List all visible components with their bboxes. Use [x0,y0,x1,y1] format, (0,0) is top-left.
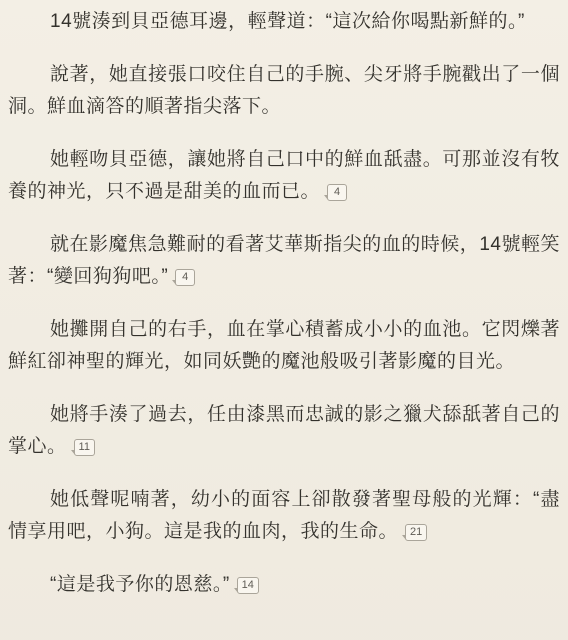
paragraph-text: 她輕吻貝亞德，讓她將自己口中的鮮血舐盡。可那並沒有牧養的神光，只不過是甜美的血而… [8,149,560,202]
paragraph-text: 說著，她直接張口咬住自己的手腕、尖牙將手腕戳出了一個洞。鮮血滴答的順著指尖落下。 [8,64,560,117]
paragraph-text: “這是我予你的恩慈。” [50,574,230,595]
comment-count-badge[interactable]: 4 [327,184,347,201]
paragraph: 她將手湊了過去，任由漆黑而忠誠的影之獵犬舔舐著自己的掌心。11 [8,399,560,463]
paragraph: 就在影魔焦急難耐的看著艾華斯指尖的血的時候，14號輕笑著：“變回狗狗吧。”4 [8,229,560,293]
comment-count-badge[interactable]: 4 [175,269,195,286]
paragraph-text: 就在影魔焦急難耐的看著艾華斯指尖的血的時候，14號輕笑著：“變回狗狗吧。” [8,234,560,287]
paragraph-text: 她攤開自己的右手，血在掌心積蓄成小小的血池。它閃爍著鮮紅卻神聖的輝光，如同妖艷的… [8,319,560,372]
reader-page: 14號湊到貝亞德耳邊，輕聲道：“這次給你喝點新鮮的。” 說著，她直接張口咬住自己… [0,0,568,640]
paragraph-text: 她低聲呢喃著，幼小的面容上卻散發著聖母般的光輝：“盡情享用吧，小狗。這是我的血肉… [8,489,560,542]
paragraph: 說著，她直接張口咬住自己的手腕、尖牙將手腕戳出了一個洞。鮮血滴答的順著指尖落下。 [8,59,560,123]
comment-count-badge[interactable]: 14 [237,577,259,594]
paragraph: 14號湊到貝亞德耳邊，輕聲道：“這次給你喝點新鮮的。” [8,6,560,38]
comment-count-badge[interactable]: 11 [74,439,95,456]
paragraph: 她攤開自己的右手，血在掌心積蓄成小小的血池。它閃爍著鮮紅卻神聖的輝光，如同妖艷的… [8,314,560,378]
paragraph: 她輕吻貝亞德，讓她將自己口中的鮮血舐盡。可那並沒有牧養的神光，只不過是甜美的血而… [8,144,560,208]
comment-count-badge[interactable]: 21 [405,524,427,541]
paragraph: 她低聲呢喃著，幼小的面容上卻散發著聖母般的光輝：“盡情享用吧，小狗。這是我的血肉… [8,484,560,548]
paragraph: “這是我予你的恩慈。”14 [8,569,560,601]
paragraph-text: 14號湊到貝亞德耳邊，輕聲道：“這次給你喝點新鮮的。” [50,11,525,32]
